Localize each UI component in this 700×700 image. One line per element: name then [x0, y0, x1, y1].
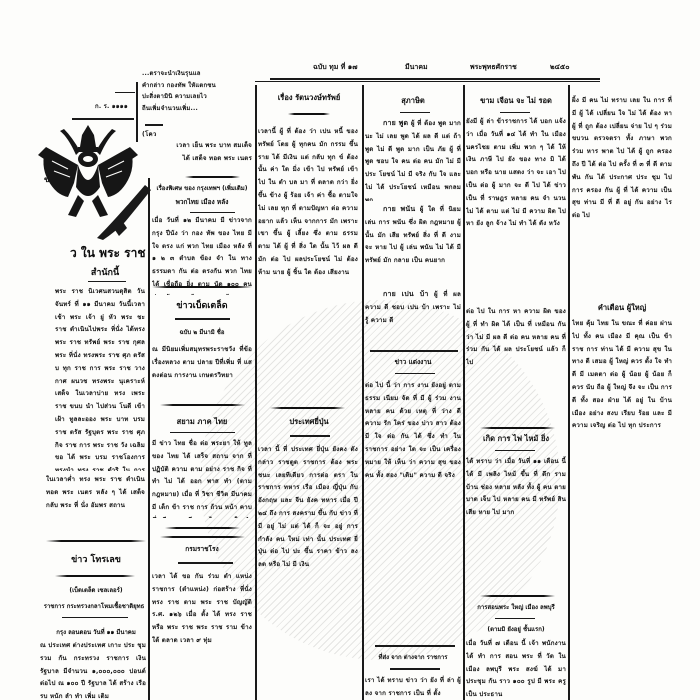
- col2-item4-rule: [178, 562, 233, 564]
- emblem-fragment: [95, 180, 155, 240]
- col6-section-title: คำเตือน ผู้ใหญ่: [572, 302, 672, 314]
- col2-rule-4: [165, 527, 240, 529]
- news-subtitle: (เบ็ดเตล็ด เซลเลอร์): [46, 585, 146, 595]
- col2-item2-body: ณ มีนิยมเพิ่มสมุทรพระราชวัง ที่ข้อ เรื่อ…: [152, 344, 252, 396]
- col2-item3-body: มี ข่าว ไทย ชื่อ ต่อ พระยา ให้ ทูล ของ ไ…: [152, 438, 252, 518]
- col4-section3-body: เรา ได้ ทราบ ข่าว ว่า ยัง ที่ ล่า ผู้ ลง…: [365, 675, 461, 700]
- col4-section3-rule: [390, 668, 440, 670]
- col4-item1-label: กาย พูด: [383, 119, 408, 127]
- col4-section2-title: ข่าว แต่งงาน: [365, 357, 461, 367]
- col2-rule-5: [160, 536, 245, 538]
- col5-section-rule: [495, 450, 535, 451]
- col2-intro: เวลา เย็น พระ บาท สมเด็จ ได้ เสด็จ ทอด พ…: [170, 140, 252, 168]
- left-title-line1: ว ใน พระ ราช: [70, 244, 148, 263]
- masthead-issue: ฉบับ ทุม ที่ ๑๗: [313, 62, 358, 73]
- news-title: ข่าว โทรเลข: [46, 552, 146, 566]
- col2-item1-title: เรื่องพิเศษ ของ กรุงเทพฯ (เพิ่มเติม): [152, 183, 252, 193]
- col6-body-2: ไทย คุ้ม ไทย ใน ขณะ ที่ ค่อย ผ่าน ไป ทั้…: [572, 318, 672, 700]
- col3-rule: [270, 407, 345, 409]
- col4-section2-body: ต่อ ไป นี้ ว่า การ งาน ยังอยู่ ตามธรรม เ…: [365, 380, 461, 640]
- col4-item3-label: กาย เปน บ้า: [383, 290, 428, 298]
- col5-section2-rule: [495, 618, 535, 619]
- masthead-era: พระพุทธศักราช: [470, 62, 517, 73]
- col2-item4-body: เวลา ได้ ขอ กัน ร่วม ตำ แหน่ง ราชการ (ตำ…: [152, 571, 252, 700]
- news-source: ราชการ กระทรวงกลาโหมเชื้อชาติยุทธ: [40, 601, 148, 611]
- col3-section-rule: [290, 435, 330, 437]
- col5-section-body: ได้ ทราบ ว่า เมื่อ วันที่ ๑๑ เดือน นี้ ไ…: [466, 456, 566, 588]
- col5-rule-1: [480, 427, 555, 429]
- col5-body-1: ยังมี ผู้ ล่า ข้าราชการ ได้ บอก แจ้ง ว่า…: [466, 116, 566, 302]
- col2-item2-dateline: ฉบับ ๒ มีนามิ ชื่อ: [152, 327, 252, 337]
- col4-section2-rule: [395, 373, 435, 374]
- news-body: ณ ประเทศ ต่างประเทศ เกาะ ประ ชุม รวม กัน…: [40, 640, 146, 700]
- col2-item3-rule: [170, 432, 235, 433]
- col4-title-rule: [400, 112, 430, 113]
- left-title-line2: สำนักนี้: [80, 265, 130, 279]
- col5-body-2: ต่อ ไป ใน การ หา ความ ผิด ของ ผู้ ที่ ทำ…: [466, 306, 566, 426]
- left-body-1: พระ ราช นิเวศนสวนดุสิต วันจันทร์ ที่ ๑๑ …: [55, 286, 145, 471]
- col2-item1-body: เมื่อ วันที่ ๑๒ มีนาคม มี ข่าวจาก กรุง ป…: [152, 215, 252, 295]
- masthead-rule: [270, 78, 600, 80]
- col4-rule-2: [375, 645, 455, 647]
- col5-section2-title: การสอนพระ ใหญ่ เมือง ลพบุรี: [462, 602, 570, 612]
- col6-body-1: ผิ้ง มี คน ไม่ ทราบ เลย ใน การ ที่ มี ผู…: [572, 95, 672, 291]
- col2-item4-title: กรมราชโรง: [152, 544, 252, 554]
- col2-item1-subtitle: พวกไทย เมือง หลัง: [152, 197, 252, 207]
- masthead-year: ๒๔๕๐: [550, 62, 569, 73]
- col4-item3: กาย เปน บ้า ผู้ ที่ ผล ความ ดี ชอบ เปน บ…: [365, 288, 461, 344]
- column-divider-2: [255, 85, 257, 700]
- col4-item1: กาย พูด ผู้ ที่ ต้อง พูด มาก นะ ไม่ เลย …: [365, 117, 461, 201]
- left-separator: [46, 540, 146, 542]
- masthead-month: มีนาคม: [405, 62, 428, 73]
- column-divider-1: [148, 178, 150, 700]
- col3-title: เรื่อง รัตนวงษ์ทรัพย์: [258, 92, 360, 104]
- newspaper-page: ฉบับ ทุม ที่ ๑๗ มีนาคม พระพุทธศักราช ๒๔๕…: [0, 0, 700, 700]
- col2-rule-3: [160, 404, 245, 406]
- col4-title: สุภาษิต: [365, 95, 461, 107]
- col4-rule-1: [370, 350, 458, 352]
- col5-section-title: เกิด การ ไฟ ไหม้ ยิ่ง: [466, 433, 566, 445]
- col3-body-1: เวลานี้ ผู้ ที่ ต้อง ว่า เปน หนี้ ของ ทร…: [258, 126, 358, 394]
- col5-rule-2: [480, 595, 555, 597]
- left-body-2: ในเวลาค่ำ ทรง พระ ราช ดำเนิน ทอด พระ เนต…: [46, 474, 145, 512]
- col2-item2-title: ข่าวเบ็ดเตล็ด: [152, 298, 252, 312]
- col3-section-title: ประเทศยี่ปุ่น: [258, 416, 360, 428]
- news-rule: [55, 575, 135, 577]
- col5-section2-sub: (ตามมิ ยังอยู่ ชั้นแรก): [466, 624, 566, 634]
- col2-rule-1: [185, 176, 240, 178]
- col4-item2-label: กาย พนัน: [383, 205, 415, 213]
- col3-body-2: เวลา นี้ ที่ ประเทศ ยี่ปุ่น ยังคง ดังกล่…: [258, 444, 358, 700]
- col3-title-rule: [288, 113, 330, 115]
- left-title-rule: [88, 281, 126, 282]
- masthead-rule-thin: [255, 81, 600, 82]
- col2-item1-rule: [190, 212, 235, 213]
- news-source-rule: [62, 617, 128, 618]
- col5-section2-body: เมื่อ วันที่ ๗ เดือน นี้ เจ้า พนักงาน ได…: [466, 638, 566, 700]
- column-divider-3: [362, 85, 364, 700]
- news-dateline: กรุง ลอนดอน วันที่ ๑๑ มีนาคม: [46, 627, 146, 637]
- col2-item3-title: สยาม ภาค ไทย: [152, 416, 252, 428]
- col2-item2-rule: [175, 318, 230, 320]
- col5-title: ขาม เจือน จะ ไม่ รอด: [466, 95, 566, 107]
- col4-item2: กาย พนัน ผู้ ใด ที่ นิยม เล่น การ พนัน ซ…: [365, 203, 461, 281]
- issue-number: ฉบับ ทุม ที่ ๑๗: [313, 63, 358, 71]
- col4-section3-title: ที่ส่ง จาก ต่างจาก ราชการ: [365, 652, 461, 662]
- col5-title-rule: [500, 112, 530, 113]
- fragment-mark: ข่: [44, 174, 58, 188]
- col2-rule-2: [152, 286, 252, 288]
